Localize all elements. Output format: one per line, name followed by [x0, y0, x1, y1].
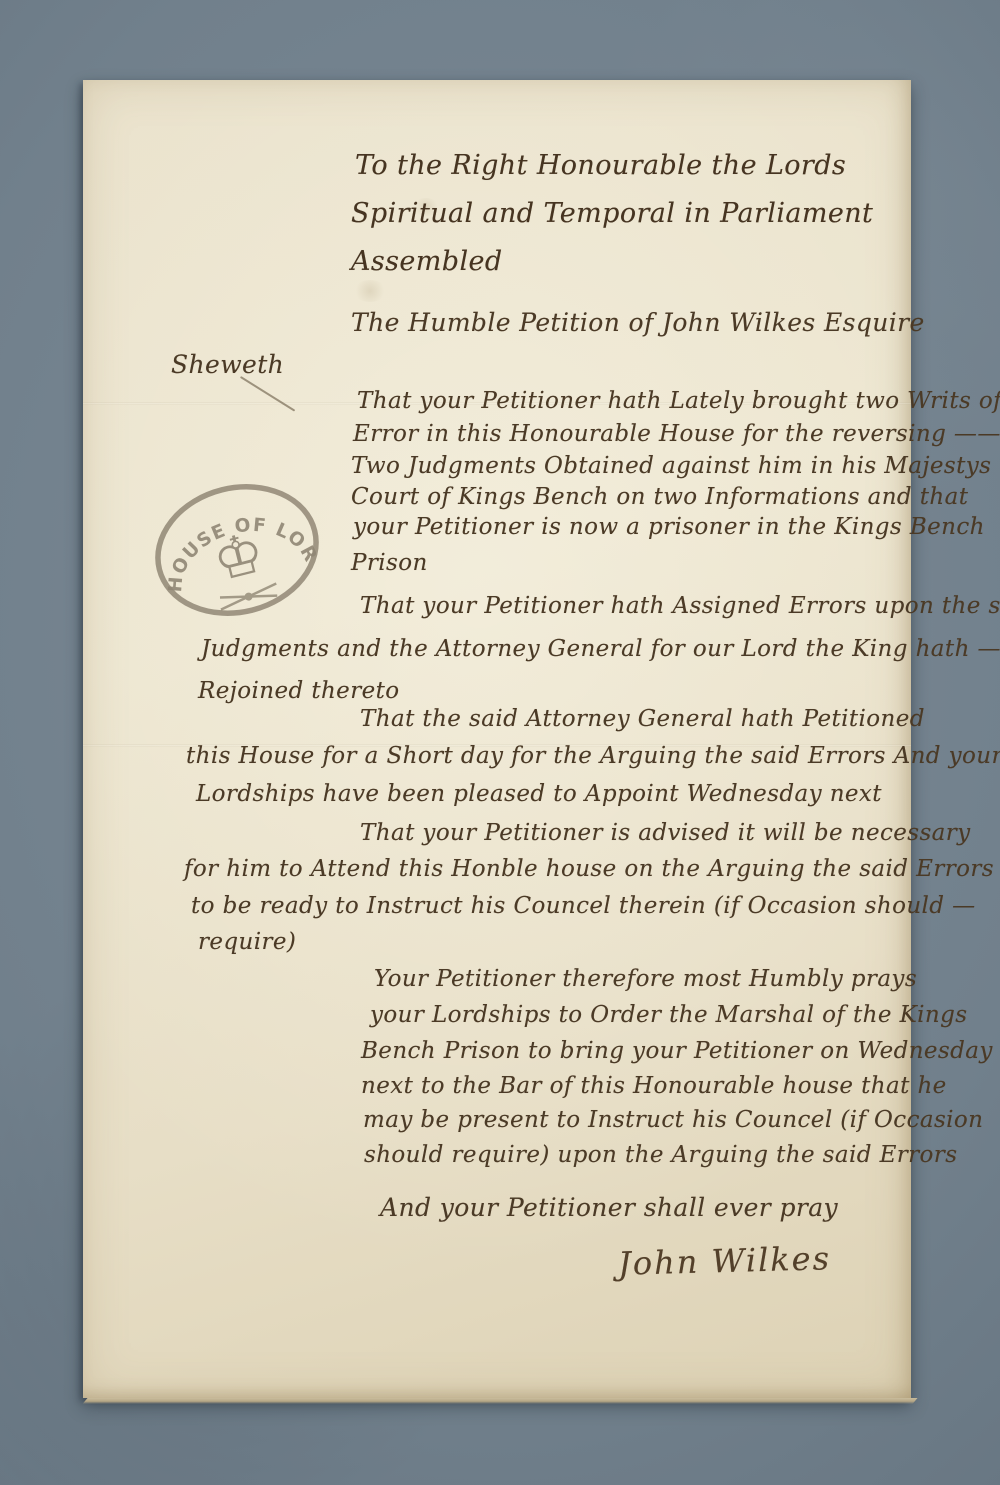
petition-title-line: The Humble Petition of John Wilkes Esqui…: [351, 308, 925, 337]
prayer-line: may be present to Instruct his Councel (…: [363, 1107, 983, 1133]
paragraph-line: require): [198, 929, 296, 955]
sheweth-label: Sheweth: [171, 350, 284, 379]
paragraph-line: Prison: [351, 550, 428, 576]
closing-line: And your Petitioner shall ever pray: [380, 1193, 838, 1222]
paragraph-line: to be ready to Instruct his Councel ther…: [191, 893, 976, 919]
paragraph-line: Error in this Honourable House for the r…: [353, 421, 1000, 447]
paragraph-line: That the said Attorney General hath Peti…: [360, 706, 925, 732]
signature: John Wilkes: [618, 1239, 832, 1283]
paragraph-line: Rejoined thereto: [198, 678, 399, 704]
paper-stain: [353, 280, 387, 302]
paper-sheet: HOUSE OF LORDS ♔ To the Right Honourable…: [83, 80, 911, 1398]
paragraph-line: Judgments and the Attorney General for o…: [201, 636, 1000, 662]
paragraph-line: That your Petitioner hath Lately brought…: [357, 388, 1000, 414]
document-photo: HOUSE OF LORDS ♔ To the Right Honourable…: [0, 0, 1000, 1485]
paragraph-line: Court of Kings Bench on two Informations…: [351, 484, 968, 510]
paragraph-line: That your Petitioner is advised it will …: [360, 820, 971, 846]
paragraph-line: this House for a Short day for the Argui…: [186, 743, 1000, 769]
prayer-line: next to the Bar of this Honourable house…: [361, 1073, 947, 1099]
prayer-line: Your Petitioner therefore most Humbly pr…: [374, 966, 917, 992]
paragraph-line: for him to Attend this Honble house on t…: [184, 856, 994, 882]
paragraph-line: Lordships have been pleased to Appoint W…: [196, 781, 882, 807]
paragraph-line: That your Petitioner hath Assigned Error…: [360, 593, 1000, 619]
paragraph-line: Two Judgments Obtained against him in hi…: [351, 453, 991, 479]
prayer-line: Bench Prison to bring your Petitioner on…: [361, 1038, 993, 1064]
paragraph-line: your Petitioner is now a prisoner in the…: [353, 514, 985, 540]
house-of-lords-stamp: HOUSE OF LORDS ♔: [135, 461, 340, 639]
prayer-line: your Lordships to Order the Marshal of t…: [370, 1002, 967, 1028]
heading-line: Spiritual and Temporal in Parliament: [351, 198, 873, 229]
prayer-line: should require) upon the Arguing the sai…: [364, 1142, 957, 1168]
heading-line: To the Right Honourable the Lords: [355, 150, 846, 181]
heading-line: Assembled: [351, 246, 503, 277]
under-sheet-edge: [82, 1398, 917, 1404]
sheweth-flourish: [240, 376, 295, 412]
